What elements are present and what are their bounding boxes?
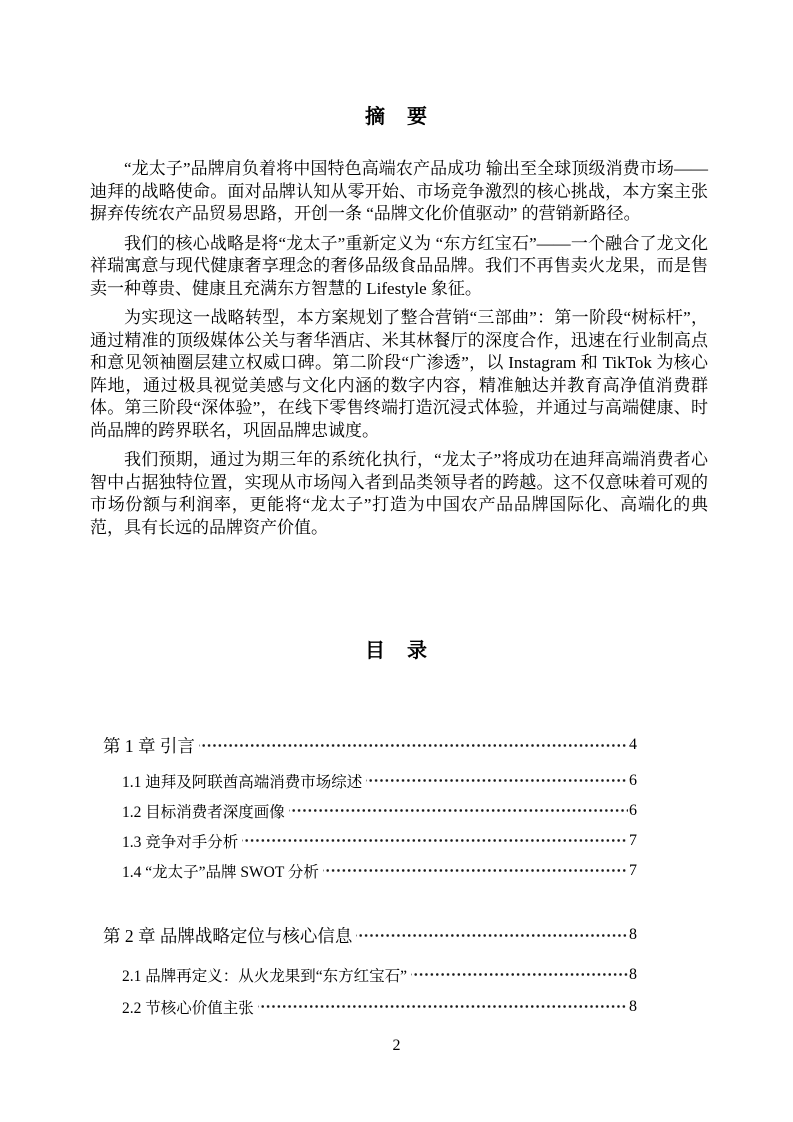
toc-dot-leader bbox=[323, 860, 628, 881]
abstract-paragraph-2: 我们的核心战略是将“龙太子”重新定义为 “东方红宝石”——一个融合了龙文化祥瑞寓… bbox=[90, 233, 708, 301]
toc-dot-leader bbox=[356, 923, 628, 947]
toc-dot-leader bbox=[258, 996, 628, 1017]
toc-entry-label: 1.4 “龙太子”品牌 SWOT 分析 bbox=[122, 860, 319, 882]
toc-entry-label: 1.2 目标消费者深度画像 bbox=[122, 800, 285, 822]
abstract-title: 摘 要 bbox=[0, 106, 793, 128]
abstract-paragraph-4: 我们预期，通过为期三年的系统化执行，“龙太子”将成功在迪拜高端消费者心智中占据独… bbox=[90, 449, 708, 539]
toc-entry-label: 1.1 迪拜及阿联酋高端消费市场综述 bbox=[122, 770, 362, 792]
toc-entry-chapter-1: 第 1 章 引言 4 bbox=[103, 733, 637, 757]
document-page: 摘 要 “龙太子”品牌肩负着将中国特色高端农产品成功 输出至全球顶级消费市场——… bbox=[0, 0, 793, 1122]
toc-entry-page: 7 bbox=[628, 832, 637, 850]
abstract-body: “龙太子”品牌肩负着将中国特色高端农产品成功 输出至全球顶级消费市场——迪拜的战… bbox=[90, 158, 708, 546]
toc-entry-chapter-2: 第 2 章 品牌战略定位与核心信息 8 bbox=[103, 923, 637, 947]
toc-entry-1-1: 1.1 迪拜及阿联酋高端消费市场综述 6 bbox=[122, 770, 637, 791]
toc-entry-label: 第 2 章 品牌战略定位与核心信息 bbox=[103, 923, 352, 948]
toc-entry-label: 2.2 节核心价值主张 bbox=[122, 996, 254, 1018]
abstract-paragraph-3: 为实现这一战略转型，本方案规划了整合营销“三部曲”：第一阶段“树标杆”，通过精准… bbox=[90, 307, 708, 442]
toc-list: 第 1 章 引言 4 1.1 迪拜及阿联酋高端消费市场综述 6 1.2 目标消费… bbox=[103, 733, 637, 1026]
page-number: 2 bbox=[0, 1037, 793, 1055]
toc-entry-page: 8 bbox=[628, 926, 637, 944]
toc-entry-page: 8 bbox=[628, 966, 637, 984]
toc-dot-leader bbox=[242, 830, 628, 851]
toc-entry-label: 1.3 竞争对手分析 bbox=[122, 830, 238, 852]
toc-dot-leader bbox=[366, 770, 628, 791]
toc-entry-label: 2.1 品牌再定义：从火龙果到“东方红宝石” bbox=[122, 964, 407, 986]
toc-dot-leader bbox=[411, 964, 628, 985]
toc-entry-1-2: 1.2 目标消费者深度画像 6 bbox=[122, 800, 637, 821]
toc-entry-page: 8 bbox=[628, 998, 637, 1016]
toc-entry-2-2: 2.2 节核心价值主张 8 bbox=[122, 996, 637, 1017]
toc-entry-page: 6 bbox=[628, 802, 637, 820]
toc-entry-page: 4 bbox=[628, 736, 637, 754]
toc-entry-page: 7 bbox=[628, 862, 637, 880]
toc-entry-2-1: 2.1 品牌再定义：从火龙果到“东方红宝石” 8 bbox=[122, 964, 637, 985]
abstract-paragraph-1: “龙太子”品牌肩负着将中国特色高端农产品成功 输出至全球顶级消费市场——迪拜的战… bbox=[90, 158, 708, 226]
toc-dot-leader bbox=[289, 800, 628, 821]
toc-entry-1-4: 1.4 “龙太子”品牌 SWOT 分析 7 bbox=[122, 860, 637, 881]
toc-dot-leader bbox=[199, 733, 628, 757]
toc-entry-label: 第 1 章 引言 bbox=[103, 733, 195, 758]
toc-title: 目 录 bbox=[0, 640, 793, 662]
toc-entry-page: 6 bbox=[628, 772, 637, 790]
toc-entry-1-3: 1.3 竞争对手分析 7 bbox=[122, 830, 637, 851]
